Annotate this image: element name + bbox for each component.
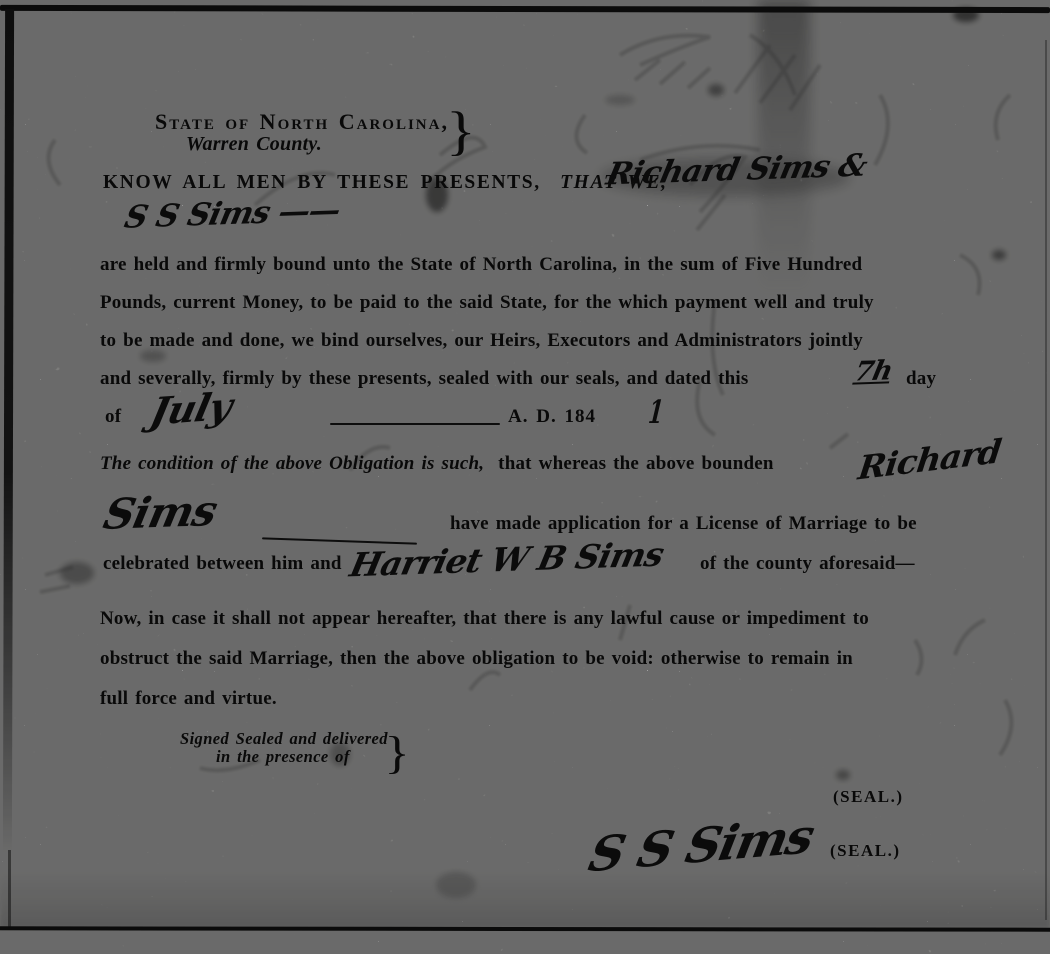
scan-edge-top [0, 5, 1050, 13]
ink-blot [992, 250, 1006, 260]
seal-label-1: (SEAL.) [833, 786, 903, 807]
opening-line: KNOW ALL MEN BY THESE PRESENTS, THAT WE, [103, 171, 668, 195]
groom-surname: Sims [99, 486, 221, 539]
obligation-line-2: Pounds, current Money, to be paid to the… [100, 291, 945, 315]
scan-edge-bottom [0, 926, 1050, 931]
proviso-line-3: full force and virtue. [100, 687, 277, 711]
application-line: have made application for a License of M… [450, 512, 917, 536]
of-label: of [105, 405, 121, 429]
year-digit: 1 [647, 393, 665, 431]
month-value: July [146, 383, 235, 433]
day-value: 7h [852, 355, 895, 387]
scanned-document-page: State of North Carolina, Warren County. … [0, 0, 1050, 954]
attestation-line-2: in the presence of [216, 747, 350, 768]
opening-printed: KNOW ALL MEN BY THESE PRESENTS, [103, 172, 541, 193]
header-brace: } [446, 100, 476, 162]
proviso-line-1: Now, in case it shall not appear hereaft… [100, 607, 945, 631]
scan-grime [0, 870, 1050, 928]
ink-blot [60, 562, 94, 584]
obligation-line-1: are held and firmly bound unto the State… [100, 253, 945, 277]
fill-rule [330, 423, 500, 425]
seal-label-2: (SEAL.) [830, 840, 900, 861]
ink-blot [708, 84, 724, 96]
ink-blot [836, 770, 850, 780]
county-line: Warren County. [186, 132, 322, 157]
celebrated-end: of the county aforesaid— [700, 552, 915, 576]
ink-blot [605, 95, 635, 105]
bound-name-2: S S Sims —— [121, 192, 343, 235]
scan-edge-left-lower [8, 850, 11, 930]
attestation-brace: } [384, 726, 409, 779]
condition-line: The condition of the above Obligation is… [100, 452, 774, 476]
groom-first-name: Richard [856, 432, 1003, 488]
condition-italic: The condition of the above Obligation is… [100, 453, 484, 474]
scan-edge-left [3, 9, 14, 854]
obligation-line-3: to be made and done, we bind ourselves, … [100, 329, 945, 353]
celebrated-start: celebrated between him and [103, 552, 342, 576]
day-label: day [906, 367, 936, 391]
scan-edge-right [1045, 40, 1047, 920]
condition-roman: that whereas the above bounden [498, 453, 773, 474]
proviso-line-2: obstruct the said Marriage, then the abo… [100, 647, 945, 671]
ad-label: A. D. 184 [508, 405, 596, 429]
